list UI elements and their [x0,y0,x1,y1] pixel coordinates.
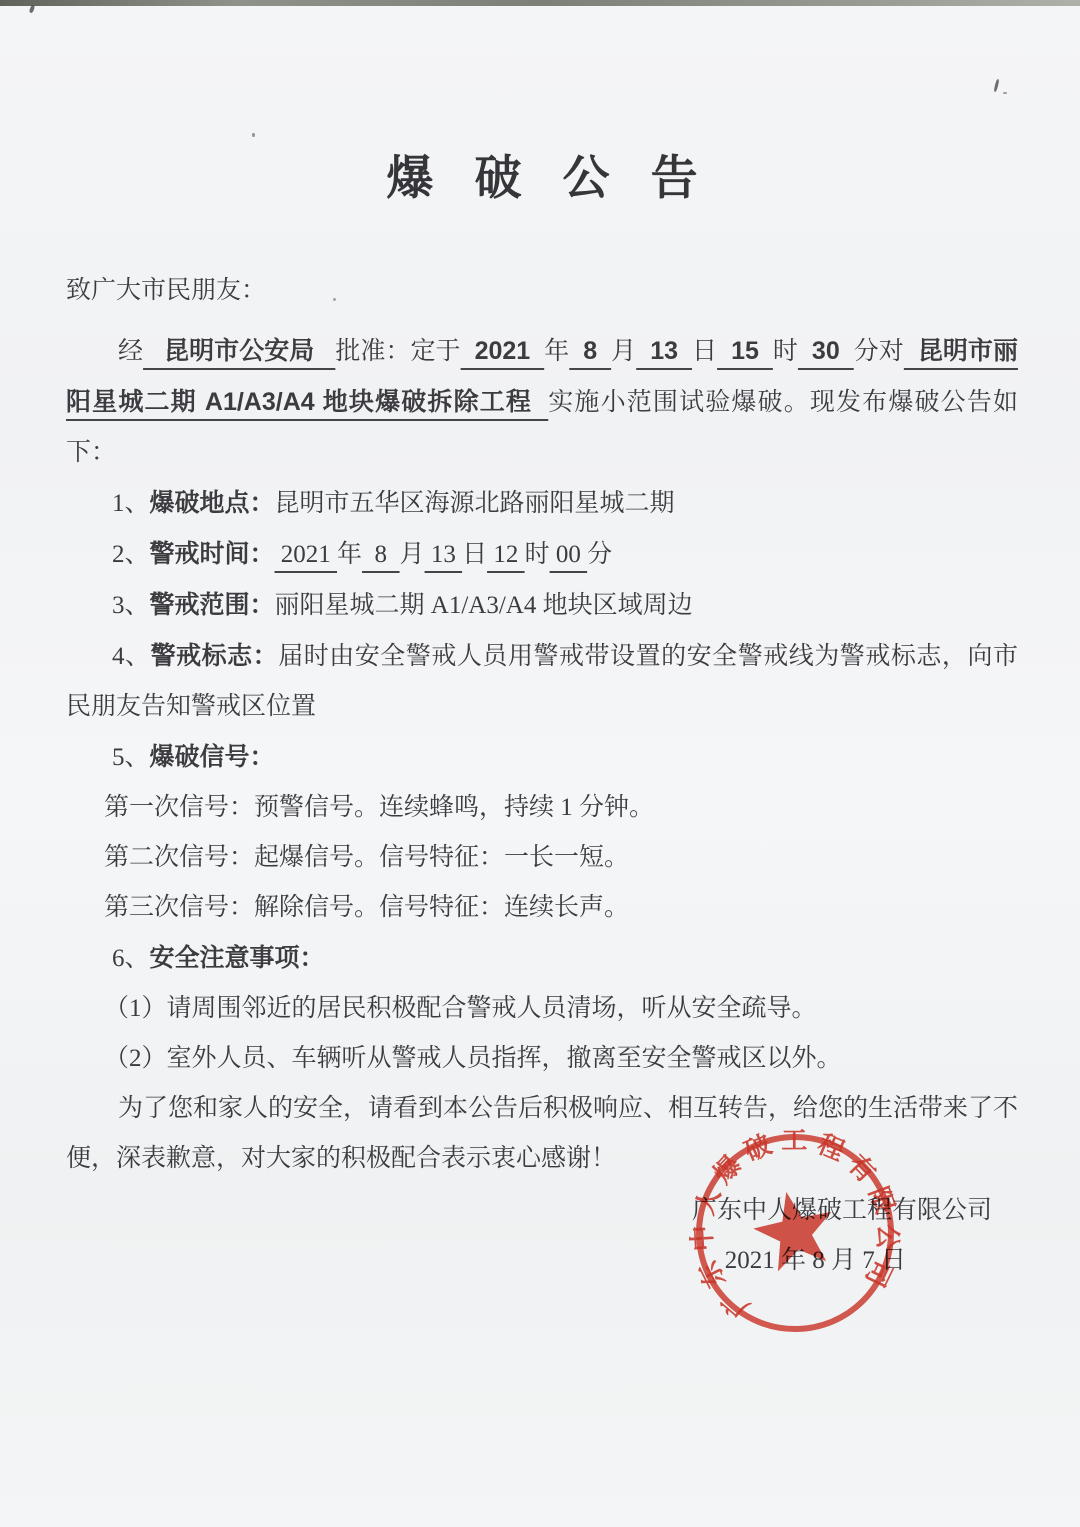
text-run: 时 [773,338,798,365]
text-run: 昆明市五华区海源北路丽阳星城二期 [275,490,675,517]
scanned-notice-page: 爆 破 公 告 致广大市民朋友： 经 昆明市公安局 批准：定于 2021 年 8… [0,0,1080,1527]
notice-body: 爆 破 公 告 致广大市民朋友： 经 昆明市公安局 批准：定于 2021 年 8… [66,142,1018,1286]
intro-paragraph: 经 昆明市公安局 批准：定于 2021 年 8 月 13 日 15 时 30 分… [66,326,1018,478]
text-run: 警戒范围： [150,591,275,619]
text-run: 8 [569,337,611,365]
text-run: 分 [587,541,612,568]
text-run: 00 [550,541,588,568]
text-run: 年 [544,338,569,365]
item-alert-sign: 4、警戒标志：届时由安全警戒人员用警戒带设置的安全警戒线为警戒标志，向市民朋友告… [66,631,1018,732]
item-alert-time: 2、警戒时间： 2021 年 8 月 13 日 12 时 00 分 [66,529,1018,580]
closing-paragraph: 为了您和家人的安全，请看到本公告后积极响应、相互转告，给您的生活带来了不便，深表… [66,1084,1018,1184]
note-line-1: （1）请周围邻近的居民积极配合警戒人员清场，听从安全疏导。 [66,984,1018,1034]
text-run: 月 [611,338,636,365]
text-run: 丽阳星城二期 A1/A3/A4 地块区域周边 [275,592,693,619]
scan-speck-artifact [252,133,255,137]
text-run: 13 [425,541,463,568]
scan-speck-artifact [29,5,35,14]
text-run: 警戒时间： [150,540,275,568]
item-safety-notes: 6、安全注意事项： [66,933,1018,984]
signal-line-1: 第一次信号：预警信号。连续蜂鸣，持续 1 分钟。 [66,783,1018,833]
text-run: 安全注意事项： [150,944,325,972]
text-run: 日 [692,338,717,365]
text-run: 15 [717,337,773,365]
text-run: 警戒标志： [151,642,279,670]
signal-line-2: 第二次信号：起爆信号。信号特征：一长一短。 [66,833,1018,883]
text-run: 昆明市公安局 [143,337,335,365]
text-run: 年 [337,541,362,568]
text-run: 13 [636,337,692,365]
text-run: 爆破信号： [150,743,275,771]
text-run: 经 [118,338,143,365]
item-blast-location: 1、爆破地点：昆明市五华区海源北路丽阳星城二期 [66,478,1018,529]
text-run: 批准：定于 [335,338,460,365]
document-title: 爆 破 公 告 [66,142,1018,214]
text-run: 5、 [112,744,150,771]
ink-mark-artifact [1003,92,1007,94]
text-run: 月 [400,541,425,568]
text-run: 3、 [112,592,150,619]
text-run: 日 [462,541,487,568]
text-run: 4、 [112,643,151,670]
signature-date: 2021 年 8 月 7 日 [66,1236,1018,1286]
note-line-2: （2）室外人员、车辆听从警戒人员指挥，撤离至安全警戒区以外。 [66,1034,1018,1084]
company-signature: 广东中人爆破工程有限公司 [66,1186,1018,1236]
text-run: 1、 [112,490,150,517]
text-run: 时 [525,541,550,568]
item-blast-signal: 5、爆破信号： [66,732,1018,783]
signal-line-3: 第三次信号：解除信号。信号特征：连续长声。 [66,883,1018,933]
text-run: 12 [487,541,525,568]
text-run: 8 [362,541,400,568]
text-run: 2021 [275,541,338,568]
text-run: 2、 [112,541,150,568]
text-run: 2021 [461,337,545,365]
scan-edge-artifact [0,0,1080,6]
item-alert-range: 3、警戒范围：丽阳星城二期 A1/A3/A4 地块区域周边 [66,580,1018,631]
text-run: 爆破地点： [150,489,275,517]
text-run: 30 [798,337,854,365]
salutation: 致广大市民朋友： [66,266,1018,316]
ink-mark-artifact [993,79,999,92]
text-run: 分对 [854,338,904,365]
text-run: 6、 [112,945,150,972]
